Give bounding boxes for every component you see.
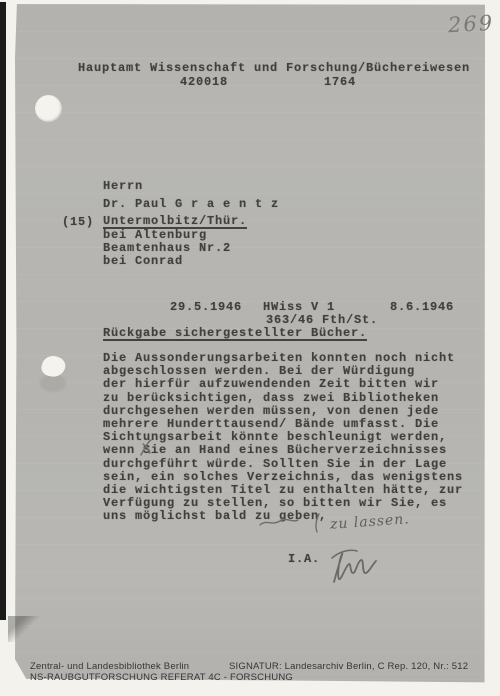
caption-signatur: SIGNATUR: Landesarchiv Berlin, C Rep. 12…: [229, 662, 468, 672]
closing-prefix: I.A.: [288, 553, 320, 566]
paper-corner-shadow: [8, 616, 42, 642]
letterhead-office: Hauptamt Wissenschaft und Forschung/Büch…: [78, 62, 470, 75]
recipient-address-line4: bei Conrad: [103, 255, 183, 268]
pencil-mark-zu-geben: [258, 516, 300, 528]
body-line: der hierfür aufzuwendenden Zeit bitten w…: [103, 378, 463, 391]
date-received: 8.6.1946: [390, 301, 454, 314]
scanned-letter-page: 269 Hauptamt Wissenschaft und Forschung/…: [0, 0, 500, 696]
recipient-salutation: Herrn: [103, 180, 143, 193]
recipient-postal-zone: (15): [62, 216, 94, 229]
pencil-caret: [312, 512, 322, 534]
letterhead-number-right: 1764: [324, 76, 356, 89]
caption-library: Zentral- und Landesbibliothek Berlin: [30, 662, 189, 672]
body-line: wenn Sie an Hand eines Bücherverzeichnis…: [103, 444, 463, 457]
recipient-name: Dr. Paul G r a e n t z: [103, 198, 279, 211]
letter-paper: [15, 4, 485, 683]
hole-punch-top: [35, 95, 62, 122]
scan-film-edge: [0, 2, 6, 620]
handwritten-page-number: 269: [447, 11, 494, 37]
body-line: zu berücksichtigen, dass zwei Bibliothek…: [103, 392, 463, 405]
caption-department: NS-RAUBGUTFORSCHUNG REFERAT 4C - FORSCHU…: [30, 673, 293, 683]
letterhead-number-left: 420018: [180, 76, 228, 89]
date-sent: 29.5.1946: [170, 301, 242, 314]
body-line: durchgeführt würde. Sollten Sie in der L…: [103, 458, 463, 471]
letter-body: Die Aussonderungsarbeiten konnten noch n…: [103, 352, 463, 524]
handwritten-signature: [326, 542, 382, 590]
pencil-stroke-sie: [138, 438, 154, 458]
subject-line: Rückgabe sichergestellter Bücher.: [103, 328, 367, 341]
